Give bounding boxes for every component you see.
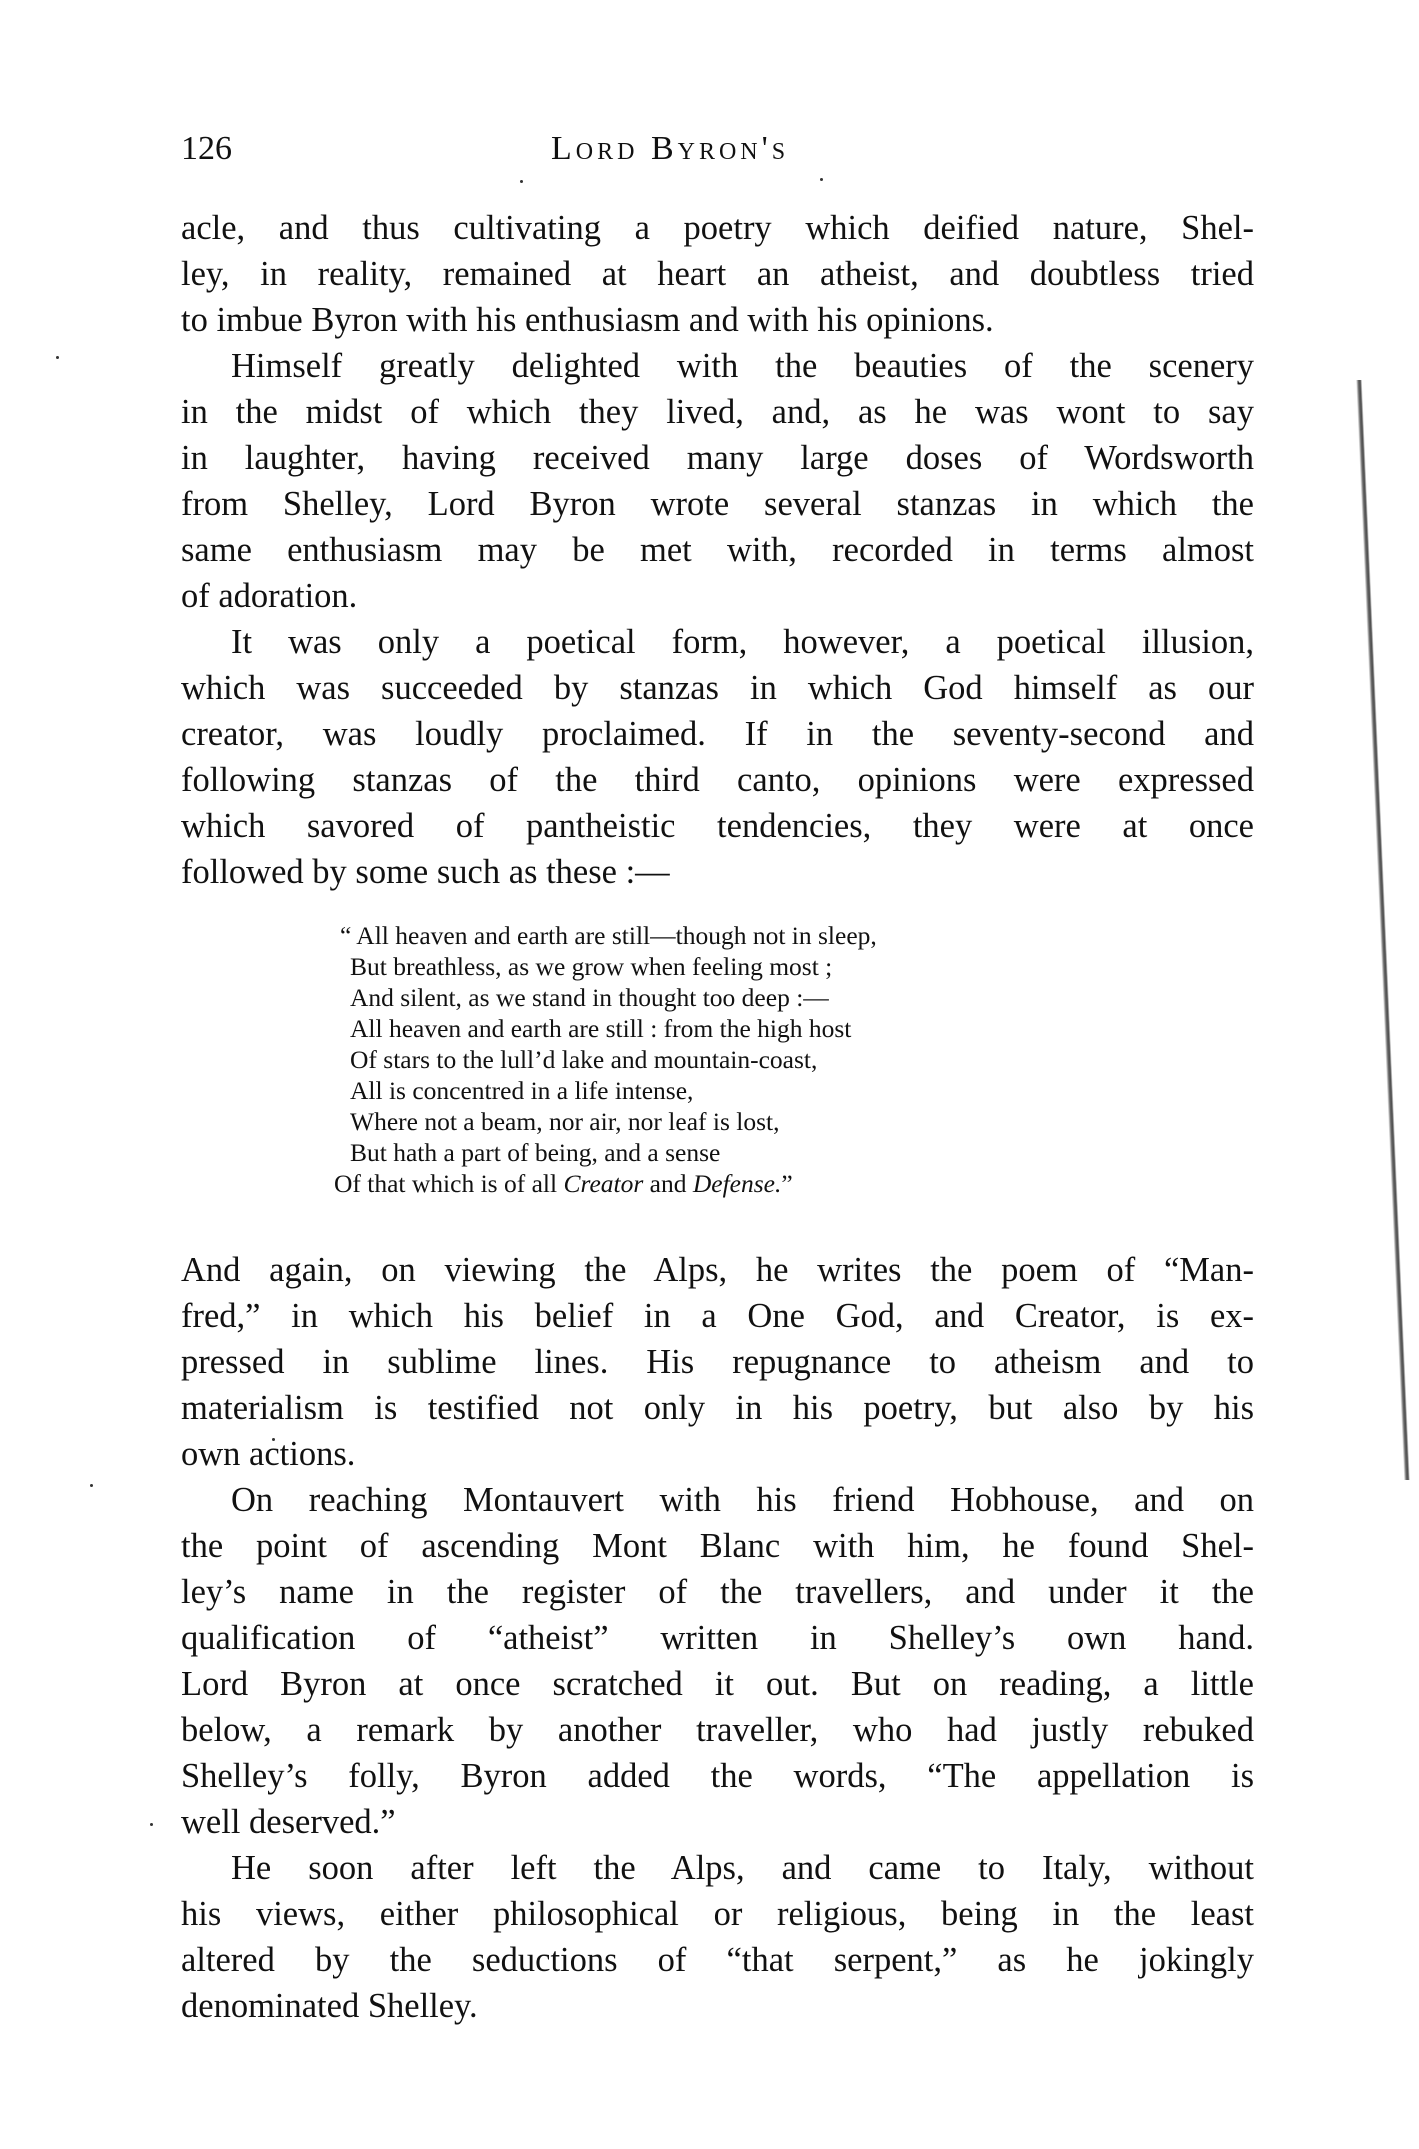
text-line: He soon after left the Alps, and came to…: [231, 1845, 1254, 1891]
scan-speck: [56, 356, 59, 359]
verse-text: ”: [781, 1169, 792, 1198]
verse-text: Of that which is of all: [334, 1169, 563, 1198]
scan-speck: [520, 180, 523, 183]
text-line: own actions.: [181, 1431, 1254, 1477]
text-line: from Shelley, Lord Byron wrote several s…: [181, 481, 1254, 527]
text-line: fred,” in which his belief in a One God,…: [181, 1293, 1254, 1339]
verse-line: All heaven and earth are still : from th…: [350, 1013, 851, 1044]
text-line: following stanzas of the third canto, op…: [181, 757, 1254, 803]
text-line: creator, was loudly proclaimed. If in th…: [181, 711, 1254, 757]
text-line: And again, on viewing the Alps, he write…: [181, 1247, 1254, 1293]
text-line: materialism is testified not only in his…: [181, 1385, 1254, 1431]
scan-speck: [90, 1484, 93, 1487]
text-line: altered by the seductions of “that serpe…: [181, 1937, 1254, 1983]
verse-text: and: [643, 1169, 693, 1198]
scan-speck: [150, 1823, 153, 1826]
scan-speck: [820, 178, 823, 181]
text-line: to imbue Byron with his enthusiasm and w…: [181, 297, 1254, 343]
text-line: ley, in reality, remained at heart an at…: [181, 251, 1254, 297]
text-line: in laughter, having received many large …: [181, 435, 1254, 481]
text-line: which was succeeded by stanzas in which …: [181, 665, 1254, 711]
text-line: qualification of “atheist” written in Sh…: [181, 1615, 1254, 1661]
text-line: his views, either philosophical or relig…: [181, 1891, 1254, 1937]
text-line: followed by some such as these :—: [181, 849, 1254, 895]
verse-line: “ All heaven and earth are still—though …: [340, 920, 877, 951]
verse-line: Of stars to the lull’d lake and mountain…: [350, 1044, 817, 1075]
text-line: It was only a poetical form, however, a …: [231, 619, 1254, 665]
text-line: below, a remark by another traveller, wh…: [181, 1707, 1254, 1753]
text-line: Himself greatly delighted with the beaut…: [231, 343, 1254, 389]
text-line: denominated Shelley.: [181, 1983, 1254, 2029]
running-head: 126 Lord Byron's: [181, 130, 1254, 180]
verse-line-final: Of that which is of all Creator and Defe…: [334, 1168, 793, 1199]
verse-italic-defense: Defense.: [693, 1169, 782, 1198]
page-number: 126: [181, 130, 232, 168]
text-line: acle, and thus cultivating a poetry whic…: [181, 205, 1254, 251]
text-line: same enthusiasm may be met with, recorde…: [181, 527, 1254, 573]
text-line: which savored of pantheistic tendencies,…: [181, 803, 1254, 849]
verse-line: But hath a part of being, and a sense: [350, 1137, 720, 1168]
text-line: pressed in sublime lines. His repugnance…: [181, 1339, 1254, 1385]
text-line: of adoration.: [181, 573, 1254, 619]
text-line: well deserved.”: [181, 1799, 1254, 1845]
scan-gutter-edge: [1356, 380, 1410, 1480]
verse-line: And silent, as we stand in thought too d…: [350, 982, 829, 1013]
text-line: ley’s name in the register of the travel…: [181, 1569, 1254, 1615]
text-line: Shelley’s folly, Byron added the words, …: [181, 1753, 1254, 1799]
scan-speck: [272, 1438, 275, 1441]
text-line: On reaching Montauvert with his friend H…: [231, 1477, 1254, 1523]
verse-line: Where not a beam, nor air, nor leaf is l…: [350, 1106, 780, 1137]
verse-line: All is concentred in a life intense,: [350, 1075, 693, 1106]
text-line: the point of ascending Mont Blanc with h…: [181, 1523, 1254, 1569]
verse-line: But breathless, as we grow when feeling …: [350, 951, 832, 982]
book-page: 126 Lord Byron's acle, and thus cultivat…: [0, 0, 1419, 2149]
text-line: Lord Byron at once scratched it out. But…: [181, 1661, 1254, 1707]
running-title: Lord Byron's: [551, 130, 789, 168]
verse-italic-creator: Creator: [563, 1169, 643, 1198]
text-line: in the midst of which they lived, and, a…: [181, 389, 1254, 435]
